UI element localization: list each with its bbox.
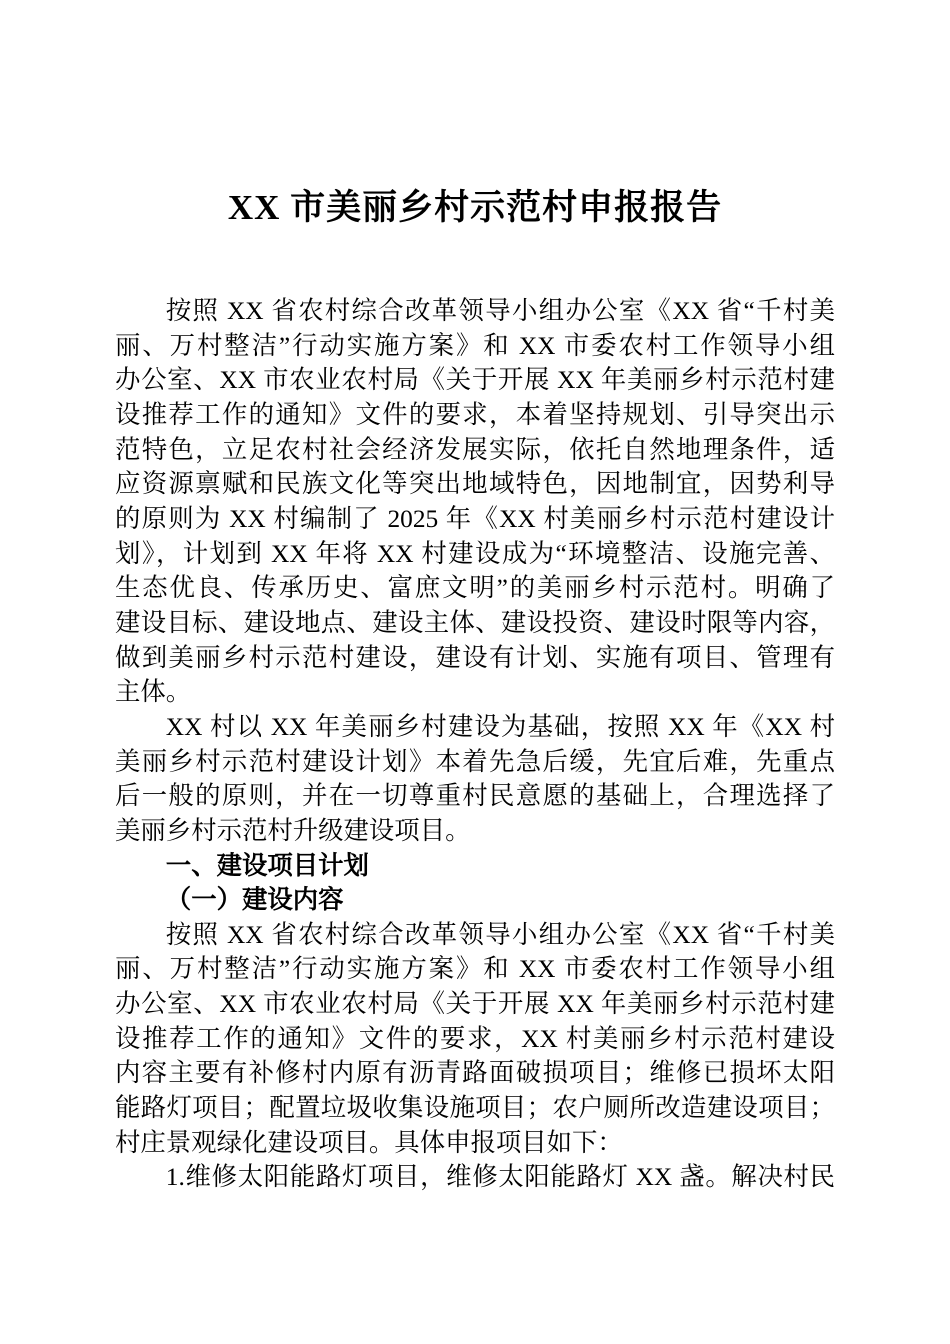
paragraph-line: 丽、万村整洁”行动实施方案》和 XX 市委农村工作领导小组 <box>115 329 835 364</box>
paragraph-line: 按照 XX 省农村综合改革领导小组办公室《XX 省“千村美 <box>115 918 835 953</box>
document-body: 按照 XX 省农村综合改革领导小组办公室《XX 省“千村美丽、万村整洁”行动实施… <box>115 294 835 1195</box>
paragraph-line: 丽、万村整洁”行动实施方案》和 XX 市委农村工作领导小组 <box>115 952 835 987</box>
paragraph-line: 美丽乡村示范村建设计划》本着先急后缓，先宜后难，先重点 <box>115 745 835 780</box>
paragraph-line: 设推荐工作的通知》文件的要求，本着坚持规划、引导突出示 <box>115 398 835 433</box>
section-heading: 一、建设项目计划 <box>115 849 835 884</box>
paragraph-line: 美丽乡村示范村升级建设项目。 <box>115 814 835 849</box>
paragraph-line: 划》，计划到 XX 年将 XX 村建设成为“环境整洁、设施完善、 <box>115 537 835 572</box>
paragraph-line: 1.维修太阳能路灯项目，维修太阳能路灯 XX 盏。解决村民 <box>115 1160 835 1195</box>
paragraph-line: 内容主要有补修村内原有沥青路面破损项目；维修已损坏太阳 <box>115 1056 835 1091</box>
paragraph-line: 设推荐工作的通知》文件的要求，XX 村美丽乡村示范村建设 <box>115 1022 835 1057</box>
subsection-heading: （一）建设内容 <box>115 883 835 918</box>
paragraph-line: 的原则为 XX 村编制了 2025 年《XX 村美丽乡村示范村建设计 <box>115 502 835 537</box>
paragraph-line: 做到美丽乡村示范村建设，建设有计划、实施有项目、管理有 <box>115 641 835 676</box>
paragraph-line: 主体。 <box>115 675 835 710</box>
paragraph-line: 村庄景观绿化建设项目。具体申报项目如下： <box>115 1126 835 1161</box>
paragraph-line: 建设目标、建设地点、建设主体、建设投资、建设时限等内容， <box>115 606 835 641</box>
document-title: XX 市美丽乡村示范村申报报告 <box>115 0 835 232</box>
paragraph-line: 生态优良、传承历史、富庶文明”的美丽乡村示范村。明确了 <box>115 571 835 606</box>
paragraph-line: 能路灯项目；配置垃圾收集设施项目；农户厕所改造建设项目； <box>115 1091 835 1126</box>
document-page: XX 市美丽乡村示范村申报报告 按照 XX 省农村综合改革领导小组办公室《XX … <box>0 0 950 1344</box>
paragraph-line: 应资源禀赋和民族文化等突出地域特色，因地制宜，因势利导 <box>115 467 835 502</box>
paragraph-line: XX 村以 XX 年美丽乡村建设为基础，按照 XX 年《XX 村 <box>115 710 835 745</box>
paragraph-line: 办公室、XX 市农业农村局《关于开展 XX 年美丽乡村示范村建 <box>115 363 835 398</box>
paragraph-line: 后一般的原则，并在一切尊重村民意愿的基础上，合理选择了 <box>115 779 835 814</box>
paragraph-line: 范特色，立足农村社会经济发展实际，依托自然地理条件，适 <box>115 433 835 468</box>
paragraph-line: 按照 XX 省农村综合改革领导小组办公室《XX 省“千村美 <box>115 294 835 329</box>
paragraph-line: 办公室、XX 市农业农村局《关于开展 XX 年美丽乡村示范村建 <box>115 987 835 1022</box>
